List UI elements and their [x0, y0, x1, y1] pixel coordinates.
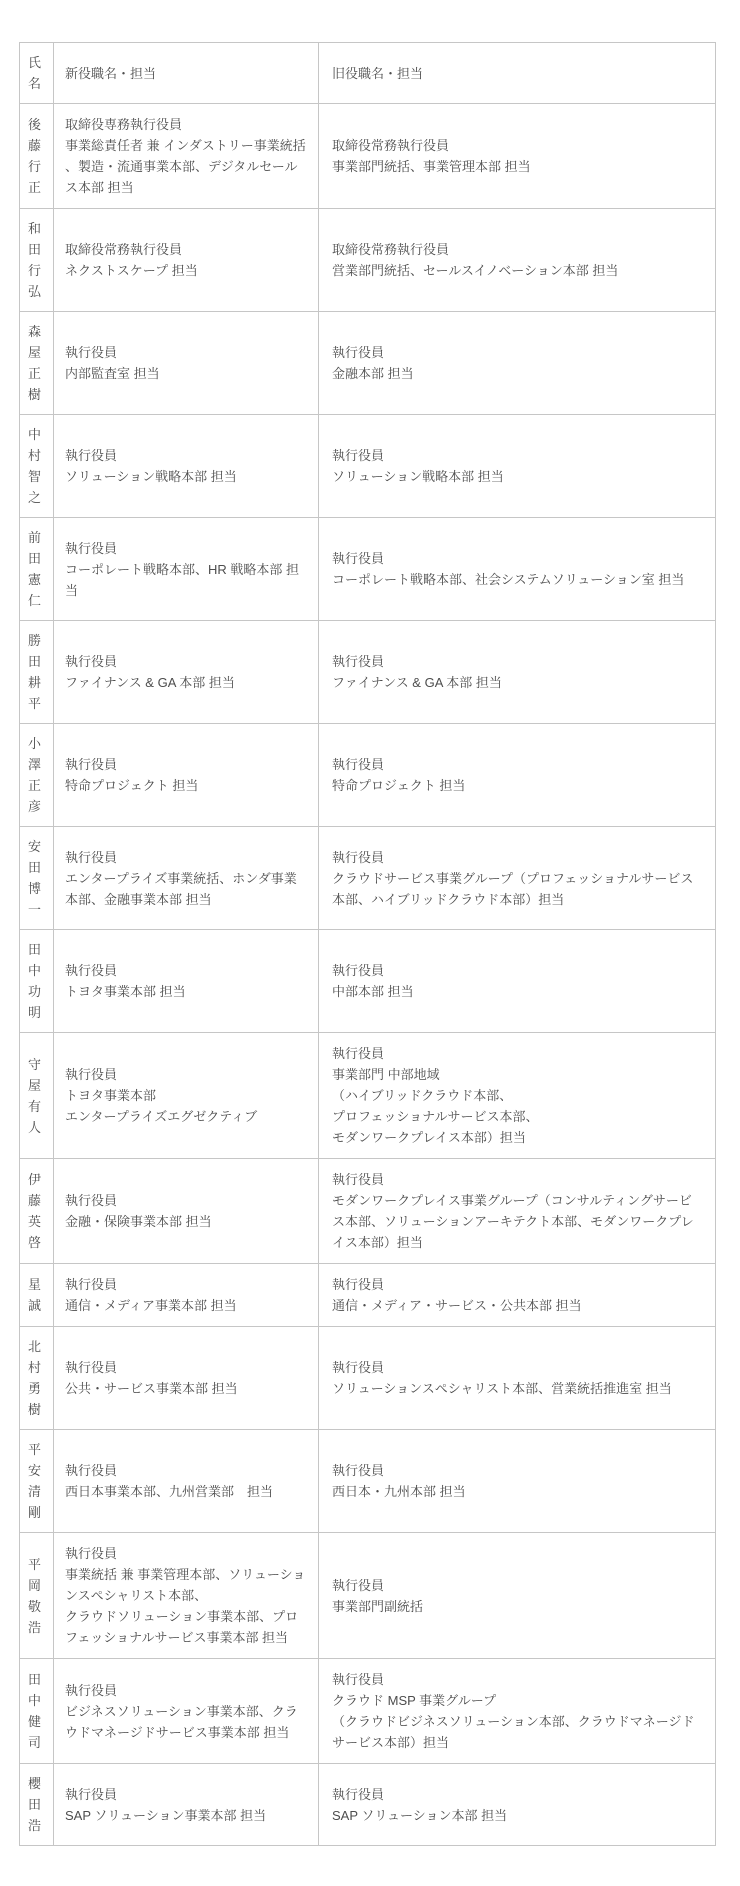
new-position-cell: 執行役員 特命プロジェクト 担当	[54, 724, 319, 827]
old-position-cell: 執行役員 クラウド MSP 事業グループ （クラウドビジネスソリューション本部、…	[319, 1659, 716, 1764]
header-old-position: 旧役職名・担当	[319, 43, 716, 104]
name-cell: 伊藤英啓	[20, 1159, 54, 1264]
new-position-cell: 執行役員 金融・保険事業本部 担当	[54, 1159, 319, 1264]
new-position-cell: 執行役員 トヨタ事業本部 エンタープライズエグゼクティブ	[54, 1033, 319, 1159]
new-position-cell: 執行役員 ビジネスソリューション事業本部、クラウドマネージドサービス事業本部 担…	[54, 1659, 319, 1764]
table-row: 前田憲仁 執行役員 コーポレート戦略本部、HR 戦略本部 担当 執行役員 コーポ…	[20, 518, 716, 621]
name-cell: 星誠	[20, 1264, 54, 1327]
name-cell: 田中健司	[20, 1659, 54, 1764]
new-position-cell: 執行役員 トヨタ事業本部 担当	[54, 930, 319, 1033]
name-cell: 中村智之	[20, 415, 54, 518]
old-position-cell: 執行役員 SAP ソリューション本部 担当	[319, 1764, 716, 1846]
table-row: 平安清剛 執行役員 西日本事業本部、九州営業部 担当 執行役員 西日本・九州本部…	[20, 1430, 716, 1533]
header-name: 氏名	[20, 43, 54, 104]
new-position-cell: 執行役員 ソリューション戦略本部 担当	[54, 415, 319, 518]
name-cell: 安田博一	[20, 827, 54, 930]
old-position-cell: 取締役常務執行役員 事業部門統括、事業管理本部 担当	[319, 104, 716, 209]
table-row: 和田行弘 取締役常務執行役員 ネクストスケープ 担当 取締役常務執行役員 営業部…	[20, 209, 716, 312]
name-cell: 森屋正樹	[20, 312, 54, 415]
table-row: 守屋有人 執行役員 トヨタ事業本部 エンタープライズエグゼクティブ 執行役員 事…	[20, 1033, 716, 1159]
name-cell: 勝田耕平	[20, 621, 54, 724]
table-row: 田中健司 執行役員 ビジネスソリューション事業本部、クラウドマネージドサービス事…	[20, 1659, 716, 1764]
new-position-cell: 執行役員 西日本事業本部、九州営業部 担当	[54, 1430, 319, 1533]
table-row: 星誠 執行役員 通信・メディア事業本部 担当 執行役員 通信・メディア・サービス…	[20, 1264, 716, 1327]
old-position-cell: 執行役員 事業部門 中部地域 （ハイブリッドクラウド本部、 プロフェッショナルサ…	[319, 1033, 716, 1159]
new-position-cell: 執行役員 内部監査室 担当	[54, 312, 319, 415]
old-position-cell: 執行役員 特命プロジェクト 担当	[319, 724, 716, 827]
old-position-cell: 執行役員 事業部門副統括	[319, 1533, 716, 1659]
old-position-cell: 執行役員 コーポレート戦略本部、社会システムソリューション室 担当	[319, 518, 716, 621]
new-position-cell: 執行役員 SAP ソリューション事業本部 担当	[54, 1764, 319, 1846]
old-position-cell: 執行役員 モダンワークプレイス事業グループ（コンサルティングサービス本部、ソリュ…	[319, 1159, 716, 1264]
personnel-change-table: 氏名 新役職名・担当 旧役職名・担当 後藤行正 取締役専務執行役員 事業総責任者…	[19, 42, 716, 1846]
old-position-cell: 執行役員 ソリューションスペシャリスト本部、営業統括推進室 担当	[319, 1327, 716, 1430]
table-row: 伊藤英啓 執行役員 金融・保険事業本部 担当 執行役員 モダンワークプレイス事業…	[20, 1159, 716, 1264]
new-position-cell: 執行役員 ファイナンス & GA 本部 担当	[54, 621, 319, 724]
name-cell: 平安清剛	[20, 1430, 54, 1533]
old-position-cell: 執行役員 クラウドサービス事業グループ（プロフェッショナルサービス本部、ハイブリ…	[319, 827, 716, 930]
old-position-cell: 執行役員 西日本・九州本部 担当	[319, 1430, 716, 1533]
old-position-cell: 取締役常務執行役員 営業部門統括、セールスイノベーション本部 担当	[319, 209, 716, 312]
table-row: 小澤正彦 執行役員 特命プロジェクト 担当 執行役員 特命プロジェクト 担当	[20, 724, 716, 827]
name-cell: 後藤行正	[20, 104, 54, 209]
table-row: 中村智之 執行役員 ソリューション戦略本部 担当 執行役員 ソリューション戦略本…	[20, 415, 716, 518]
table-row: 平岡敬浩 執行役員 事業統括 兼 事業管理本部、ソリューションスペシャリスト本部…	[20, 1533, 716, 1659]
table-row: 北村勇樹 執行役員 公共・サービス事業本部 担当 執行役員 ソリューションスペシ…	[20, 1327, 716, 1430]
name-cell: 和田行弘	[20, 209, 54, 312]
new-position-cell: 取締役専務執行役員 事業総責任者 兼 インダストリー事業統括、製造・流通事業本部…	[54, 104, 319, 209]
new-position-cell: 執行役員 公共・サービス事業本部 担当	[54, 1327, 319, 1430]
old-position-cell: 執行役員 中部本部 担当	[319, 930, 716, 1033]
table-row: 森屋正樹 執行役員 内部監査室 担当 執行役員 金融本部 担当	[20, 312, 716, 415]
name-cell: 櫻田浩	[20, 1764, 54, 1846]
new-position-cell: 執行役員 事業統括 兼 事業管理本部、ソリューションスペシャリスト本部、 クラウ…	[54, 1533, 319, 1659]
old-position-cell: 執行役員 金融本部 担当	[319, 312, 716, 415]
header-new-position: 新役職名・担当	[54, 43, 319, 104]
old-position-cell: 執行役員 ソリューション戦略本部 担当	[319, 415, 716, 518]
new-position-cell: 執行役員 通信・メディア事業本部 担当	[54, 1264, 319, 1327]
table-row: 田中功明 執行役員 トヨタ事業本部 担当 執行役員 中部本部 担当	[20, 930, 716, 1033]
table-row: 安田博一 執行役員 エンタープライズ事業統括、ホンダ事業本部、金融事業本部 担当…	[20, 827, 716, 930]
page: 氏名 新役職名・担当 旧役職名・担当 後藤行正 取締役専務執行役員 事業総責任者…	[0, 0, 740, 1886]
table-header-row: 氏名 新役職名・担当 旧役職名・担当	[20, 43, 716, 104]
name-cell: 北村勇樹	[20, 1327, 54, 1430]
old-position-cell: 執行役員 通信・メディア・サービス・公共本部 担当	[319, 1264, 716, 1327]
name-cell: 小澤正彦	[20, 724, 54, 827]
table-row: 勝田耕平 執行役員 ファイナンス & GA 本部 担当 執行役員 ファイナンス …	[20, 621, 716, 724]
table-row: 櫻田浩 執行役員 SAP ソリューション事業本部 担当 執行役員 SAP ソリュ…	[20, 1764, 716, 1846]
new-position-cell: 執行役員 エンタープライズ事業統括、ホンダ事業本部、金融事業本部 担当	[54, 827, 319, 930]
name-cell: 平岡敬浩	[20, 1533, 54, 1659]
name-cell: 前田憲仁	[20, 518, 54, 621]
old-position-cell: 執行役員 ファイナンス & GA 本部 担当	[319, 621, 716, 724]
name-cell: 田中功明	[20, 930, 54, 1033]
table-row: 後藤行正 取締役専務執行役員 事業総責任者 兼 インダストリー事業統括、製造・流…	[20, 104, 716, 209]
new-position-cell: 執行役員 コーポレート戦略本部、HR 戦略本部 担当	[54, 518, 319, 621]
name-cell: 守屋有人	[20, 1033, 54, 1159]
new-position-cell: 取締役常務執行役員 ネクストスケープ 担当	[54, 209, 319, 312]
